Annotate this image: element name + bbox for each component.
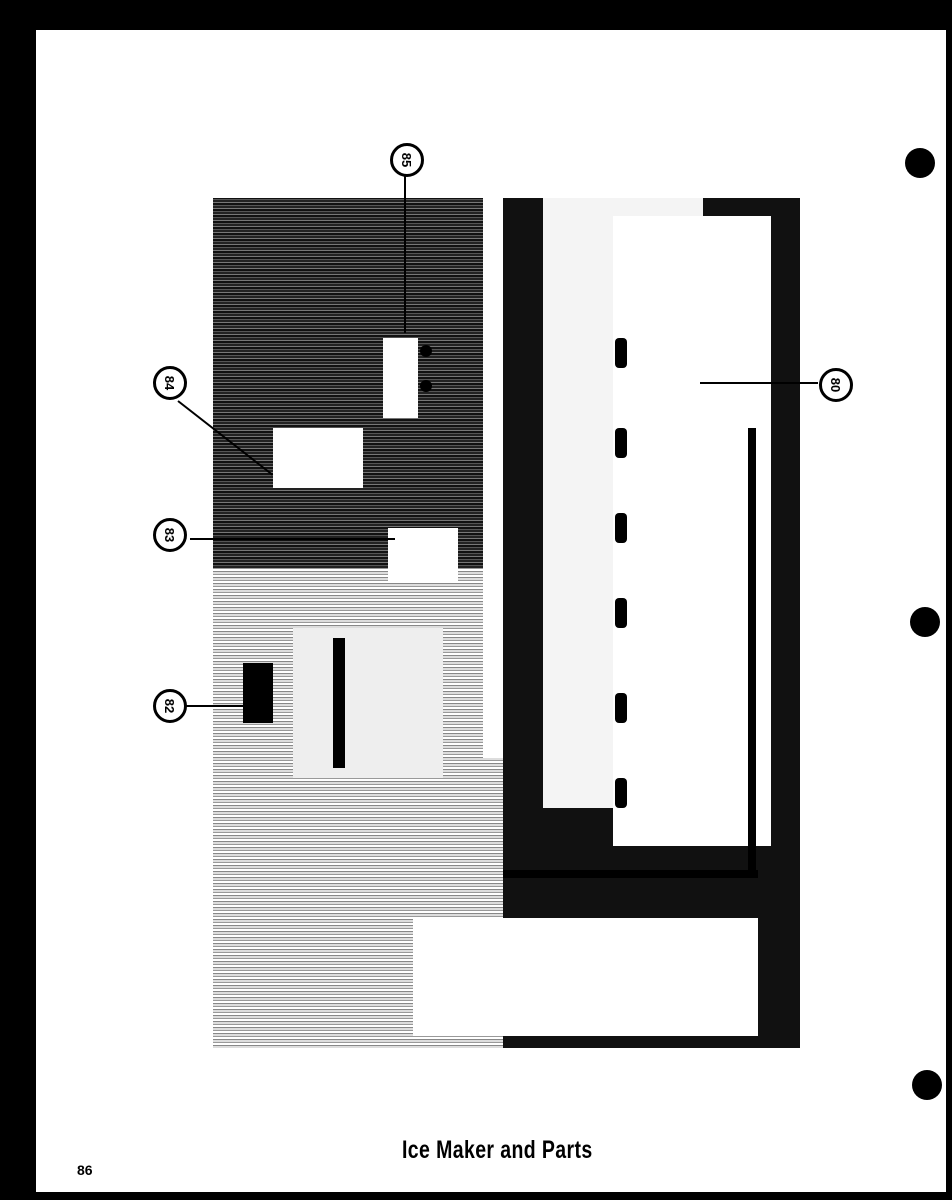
callout-leader-82 (185, 705, 245, 707)
callout-label: 83 (163, 528, 178, 542)
bracket-screw (420, 380, 432, 392)
binder-hole-middle (910, 607, 940, 637)
tray-slot (615, 778, 627, 808)
callout-leader-80 (700, 382, 818, 384)
callout-label: 82 (163, 699, 178, 713)
callout-leader-85 (404, 173, 406, 333)
page-number: 86 (77, 1162, 93, 1178)
mounting-plate (413, 918, 758, 1036)
callout-83: 83 (153, 518, 187, 552)
tray-slot (615, 428, 627, 458)
ice-maker-photo (213, 198, 800, 1048)
fitting-part (273, 428, 363, 488)
bracket-screw (420, 345, 432, 357)
ejector-arm-bottom (503, 870, 758, 878)
callout-label: 80 (829, 378, 844, 392)
solenoid-bracket (383, 338, 418, 418)
bracket-part (293, 628, 443, 778)
scan-edge (0, 0, 36, 1200)
tray-slot (615, 693, 627, 723)
callout-85: 85 (390, 143, 424, 177)
binder-hole-bottom (912, 1070, 942, 1100)
tray-slot (615, 338, 627, 368)
callout-84: 84 (153, 366, 187, 400)
callout-label: 84 (163, 376, 178, 390)
water-valve (388, 528, 458, 583)
callout-82: 82 (153, 689, 187, 723)
figure-caption: Ice Maker and Parts (402, 1136, 593, 1165)
tray-slot (615, 598, 627, 628)
bracket-rail (333, 638, 345, 768)
callout-80: 80 (819, 368, 853, 402)
callout-leader-83 (190, 538, 395, 540)
bracket-clip (243, 663, 273, 723)
binder-hole-top (905, 148, 935, 178)
tray-slot (615, 513, 627, 543)
ejector-arm (748, 428, 756, 878)
callout-label: 85 (400, 153, 415, 167)
